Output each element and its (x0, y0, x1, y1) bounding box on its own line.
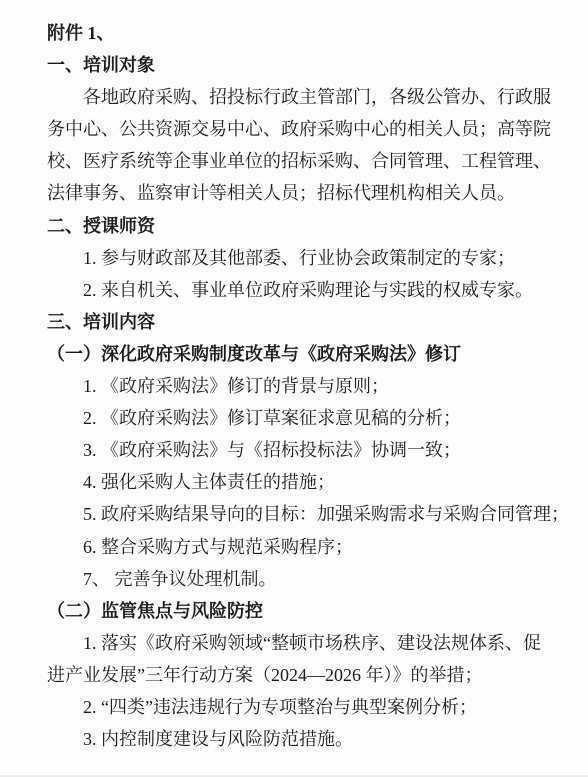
text-line: 5. 政府采购结果导向的目标：加强采购需求与采购合同管理； (47, 498, 554, 530)
heading-line: 二、授课师资 (47, 210, 554, 242)
text-line: 各地政府采购、招投标行政主管部门，各级公管办、行政服 (47, 81, 554, 113)
text-line: 1. 《政府采购法》修订的背景与原则； (47, 370, 554, 402)
text-line: 7、 完善争议处理机制。 (47, 563, 554, 595)
text-line: 务中心、公共资源交易中心、政府采购中心的相关人员；高等院 (47, 113, 554, 145)
text-line: 3. 内控制度建设与风险防范措施。 (47, 723, 554, 755)
text-line: 2. 来自机关、事业单位政府采购理论与实践的权威专家。 (47, 274, 554, 306)
text-line: 校、医疗系统等企事业单位的招标采购、合同管理、工程管理、 (47, 145, 554, 177)
heading-line: 一、培训对象 (47, 49, 554, 81)
heading-line: 三、培训内容 (47, 306, 554, 338)
text-line: 法律事务、监察审计等相关人员；招标代理机构相关人员。 (47, 177, 554, 209)
text-line: 3. 《政府采购法》与《招标投标法》协调一致； (47, 434, 554, 466)
text-line: 6. 整合采购方式与规范采购程序； (47, 531, 554, 563)
text-line: 1. 落实《政府采购领域“整顿市场秩序、建设法规体系、促 (47, 627, 554, 659)
heading-line: 附件 1、 (47, 17, 554, 49)
text-line: 进产业发展”三年行动方案（2024—2026 年）》的举措； (47, 659, 554, 691)
text-line: 2. 《政府采购法》修订草案征求意见稿的分析； (47, 402, 554, 434)
text-line: 2. “四类”违法违规行为专项整治与典型案例分析； (47, 691, 554, 723)
document-page: 附件 1、一、培训对象各地政府采购、招投标行政主管部门，各级公管办、行政服务中心… (0, 0, 588, 777)
heading-line: （二）监管焦点与风险防控 (47, 595, 554, 627)
text-line: 4. 强化采购人主体责任的措施； (47, 466, 554, 498)
heading-line: （一）深化政府采购制度改革与《政府采购法》修订 (47, 338, 554, 370)
text-line: 1. 参与财政部及其他部委、行业协会政策制定的专家； (47, 242, 554, 274)
